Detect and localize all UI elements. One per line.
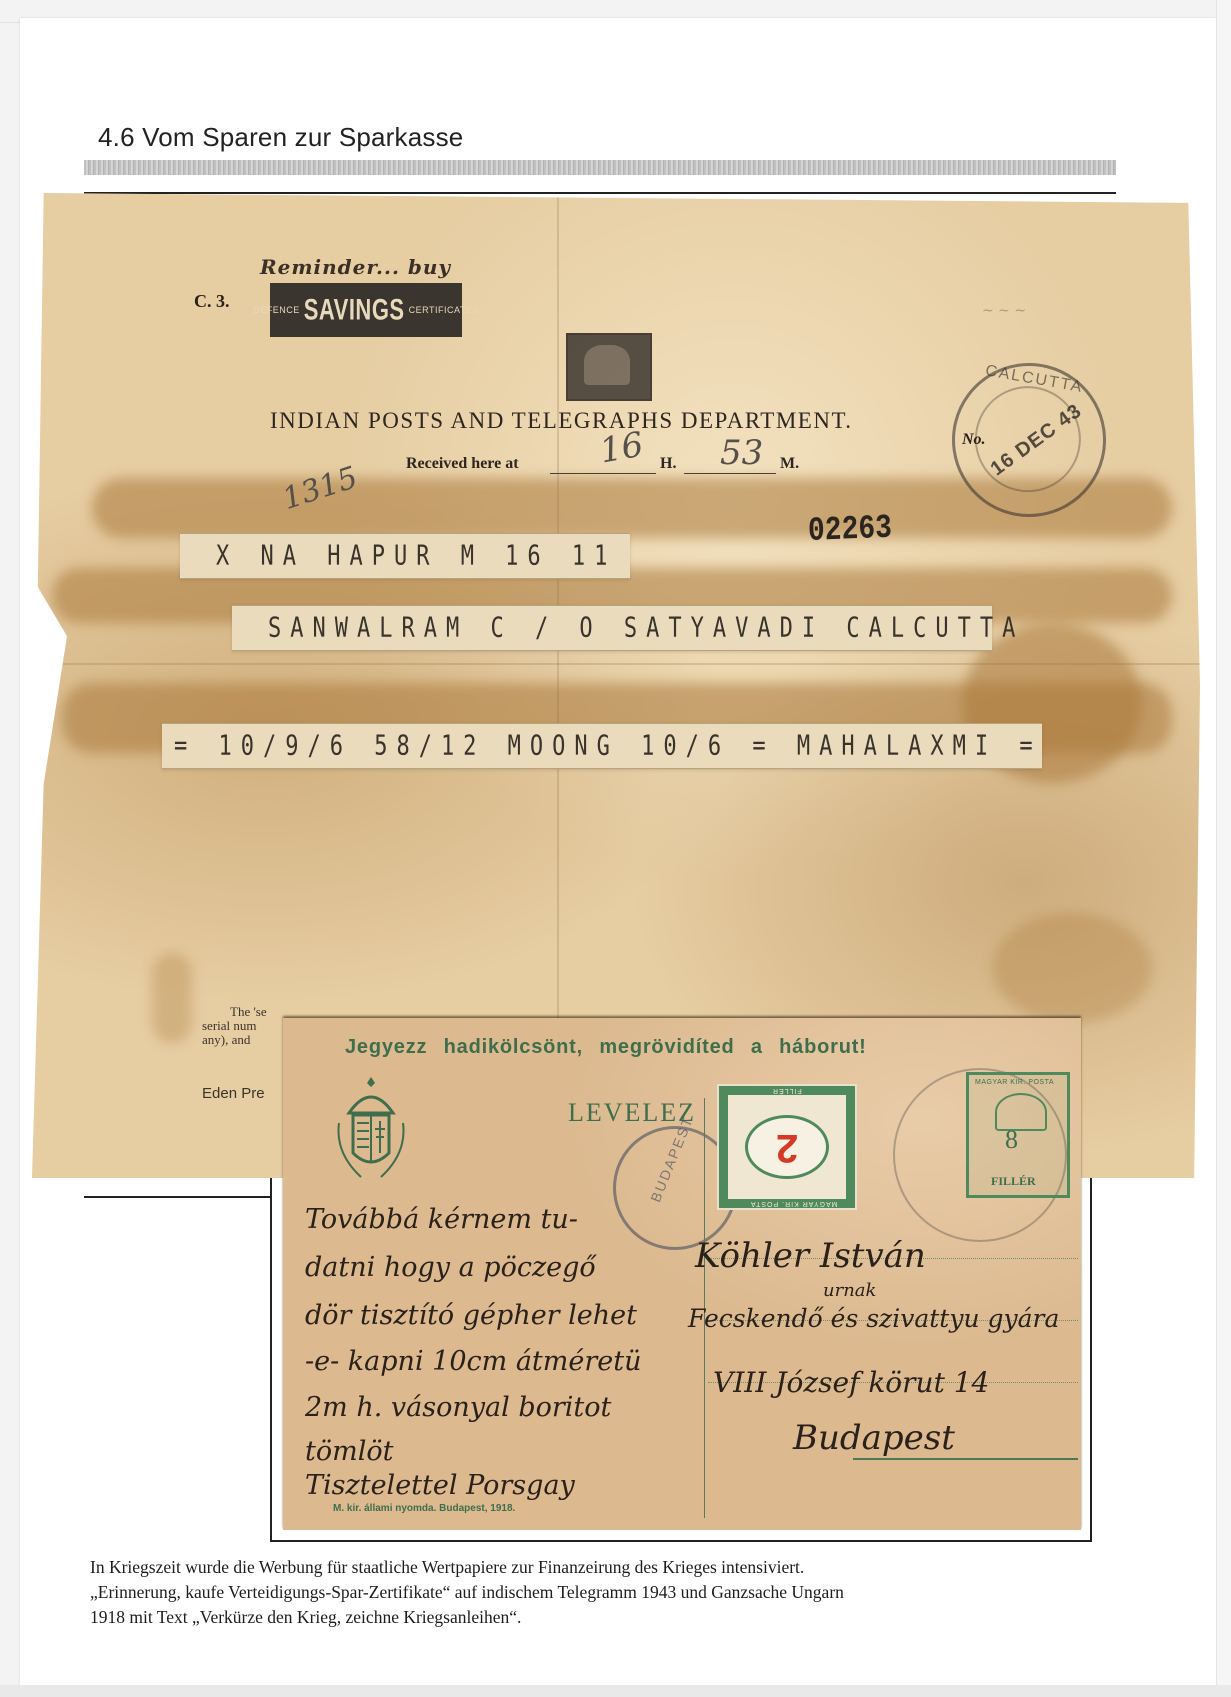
postcard: Jegyezz hadikölcsönt, megrövidíted a háb… [283, 1018, 1081, 1530]
royal-crest-icon [566, 333, 652, 401]
banner-left-text: DEFENCE [253, 305, 300, 315]
tape-text: SANWALRAM C / O SATYAVADI CALCUTTA [268, 612, 1024, 643]
page-caption: In Kriegszeit wurde die Werbung für staa… [90, 1555, 1100, 1630]
serial-number: 02263 [807, 510, 892, 551]
title-decorative-band [84, 160, 1116, 175]
tape-text: X NA HAPUR M 16 11 [216, 540, 616, 571]
tape-strip-address: SANWALRAM C / O SATYAVADI CALCUTTA [232, 605, 992, 651]
frame-rule [84, 1196, 274, 1198]
number-label: No. [962, 431, 986, 449]
address-line [853, 1458, 1078, 1460]
footnote-line: serial num [202, 1019, 267, 1033]
recipient-salutation: urnak [823, 1280, 876, 1301]
caption-line: 1918 mit Text „Verkürze den Krieg, zeich… [90, 1605, 1100, 1630]
stamp-label-top: FILLÉR [772, 1087, 802, 1094]
address-line-2: VIII József körut 14 [713, 1366, 989, 1399]
hours-label: H. [660, 455, 676, 473]
telegram-footnote: The 'se serial num any), and [202, 1005, 267, 1047]
page-title: 4.6 Vom Sparen zur Sparkasse [98, 122, 463, 153]
stamp-value: 2 [776, 1125, 798, 1170]
banner-right-text: CERTIFICATES [409, 305, 479, 315]
caption-line: „Erinnerung, kaufe Verteidigungs-Spar-Ze… [90, 1580, 1100, 1605]
printer-imprint: Eden Pre [202, 1085, 265, 1102]
tape-strip-origin: X NA HAPUR M 16 11 [180, 533, 630, 579]
scan-bottom-edge [0, 1685, 1231, 1697]
recipient-name: Köhler István [695, 1236, 926, 1276]
address-city: Budapest [793, 1418, 955, 1458]
indicium-bottom-text: FILLÉR [991, 1174, 1036, 1189]
reminder-slogan: Reminder... buy [260, 255, 451, 279]
scan-right-edge [1216, 0, 1231, 1697]
printer-imprint: M. kir. állami nyomda. Budapest, 1918. [333, 1503, 515, 1514]
handwritten-hours: 16 [597, 425, 647, 472]
handwritten-minutes: 53 [720, 433, 763, 473]
department-heading: INDIAN POSTS AND TELEGRAPHS DEPARTMENT. [270, 408, 853, 434]
minutes-label: M. [780, 455, 799, 473]
indicium-value: 8 [1005, 1125, 1018, 1155]
received-label: Received here at [406, 455, 519, 473]
stamp-value-oval: 2 [745, 1115, 829, 1179]
message-line: dör tisztító gépher lehet [305, 1300, 637, 1331]
message-signature: Tisztelettel Porsgay [305, 1470, 575, 1501]
message-line: tömlöt [305, 1436, 393, 1467]
caption-line: In Kriegszeit wurde die Werbung für staa… [90, 1555, 1100, 1580]
message-line: 2m h. vásonyal boritot [305, 1392, 611, 1423]
fold-line [32, 663, 1200, 665]
message-line: datni hogy a pöczegő [305, 1252, 596, 1283]
message-line: Továbbá kérnem tu- [305, 1204, 578, 1235]
title-divider [84, 192, 1116, 194]
tape-strip-message: = 10/9/6 58/12 MOONG 10/6 = MAHALAXMI = [162, 723, 1042, 769]
postcard-slogan: Jegyezz hadikölcsönt, megrövidíted a háb… [345, 1036, 867, 1059]
minutes-blank [684, 473, 776, 474]
footnote-line: The 'se [202, 1005, 267, 1019]
indicium-top-text: MAGYAR KIR. POSTA [975, 1079, 1054, 1086]
hours-blank [550, 473, 656, 474]
hungarian-coat-of-arms-icon [331, 1073, 411, 1183]
banner-center-text: SAVINGS [304, 292, 405, 327]
tape-text: = 10/9/6 58/12 MOONG 10/6 = MAHALAXMI = [174, 730, 1042, 761]
imprinted-stamp: MAGYAR KIR. POSTA 8 FILLÉR [966, 1072, 1070, 1198]
postage-due-stamp: FILLÉR 2 MAGYAR KIR. POSTA [719, 1086, 855, 1208]
defence-savings-banner: DEFENCE SAVINGS CERTIFICATES [270, 283, 462, 337]
footnote-line: any), and [202, 1033, 267, 1047]
stain [992, 913, 1152, 1023]
stain [152, 953, 192, 1043]
faint-handwriting: ~ ~ ~ [982, 303, 1026, 319]
stamp-label-bottom: MAGYAR KIR. POSTA [750, 1200, 838, 1207]
address-line-1: Fecskendő és szivattyu gyára [688, 1304, 1059, 1333]
form-code: C. 3. [194, 291, 230, 312]
holy-crown-icon [995, 1093, 1047, 1131]
message-line: -e- kapni 10cm átméretü [305, 1346, 641, 1377]
